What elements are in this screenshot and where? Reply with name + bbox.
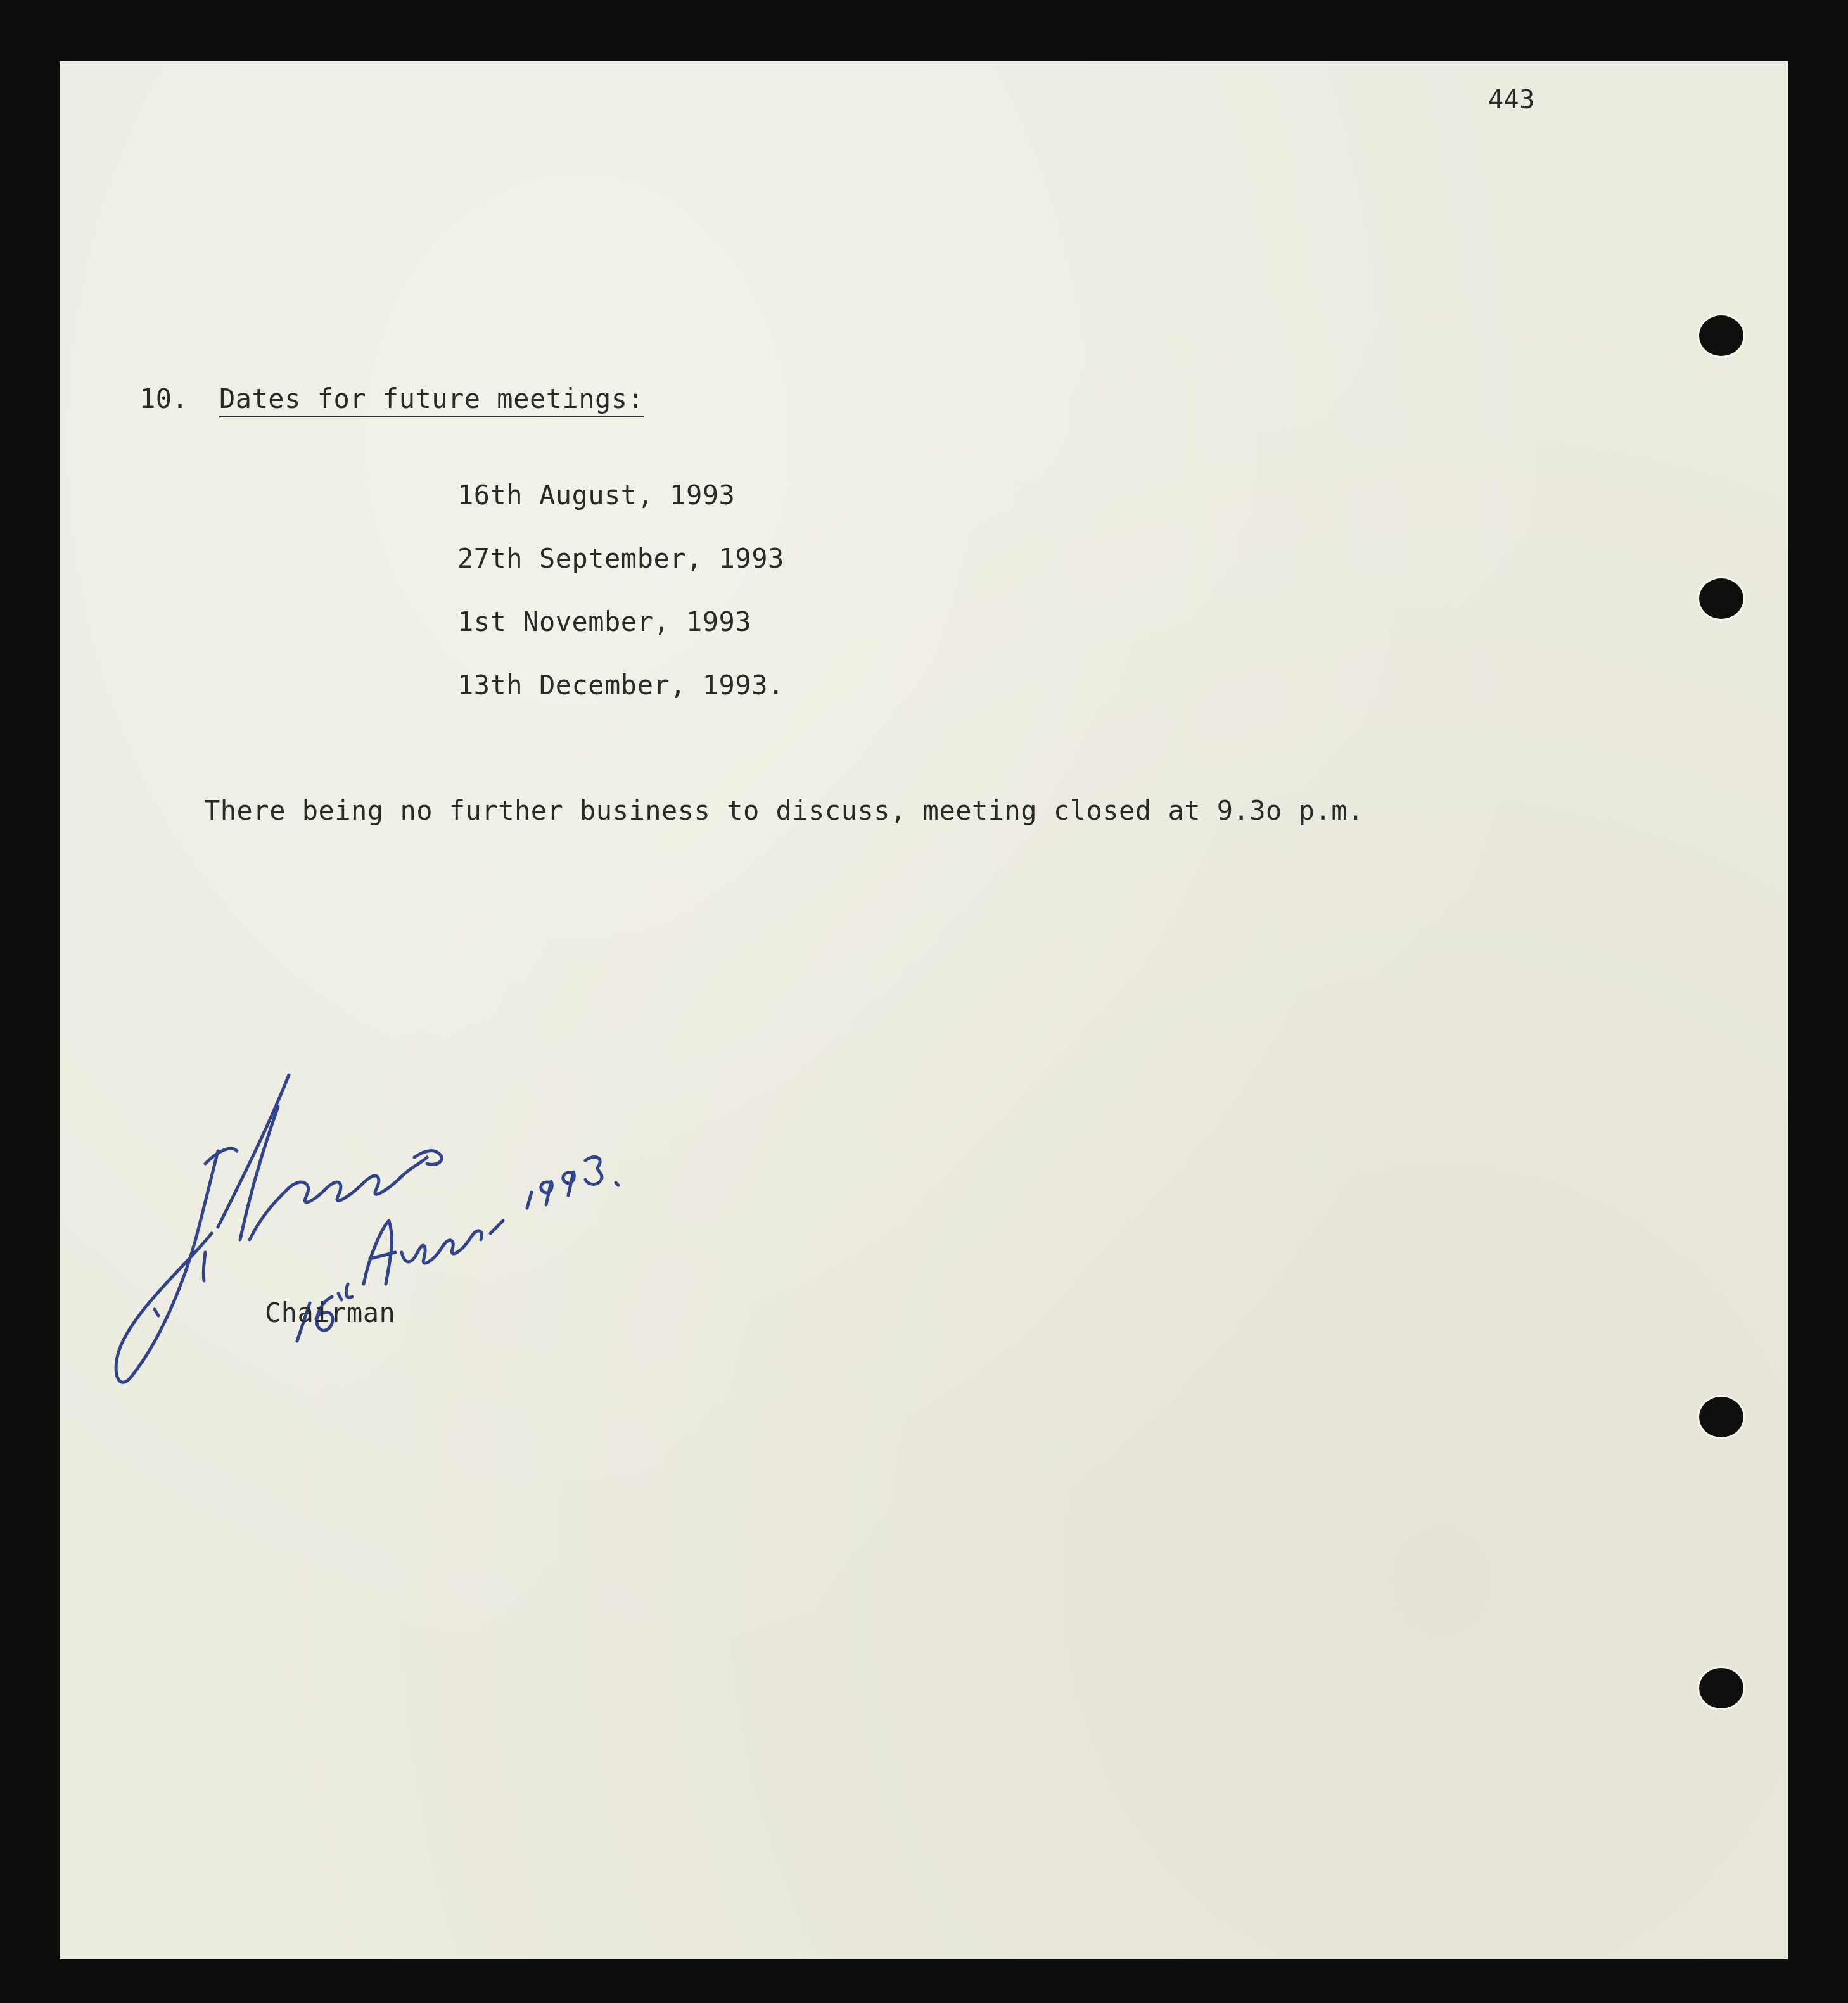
punch-hole-4 bbox=[1699, 1668, 1743, 1708]
section-number: 10. bbox=[139, 383, 188, 414]
meeting-date-1: 16th August, 1993 bbox=[457, 480, 735, 511]
meeting-date-4: 13th December, 1993. bbox=[457, 670, 784, 701]
document-page: 443 10. Dates for future meetings: 16th … bbox=[60, 61, 1788, 1959]
punch-hole-3 bbox=[1699, 1397, 1743, 1437]
closing-statement: There being no further business to discu… bbox=[204, 795, 1364, 826]
punch-hole-2 bbox=[1699, 578, 1743, 619]
punch-hole-1 bbox=[1699, 315, 1743, 356]
meeting-date-2: 27th September, 1993 bbox=[457, 543, 784, 574]
page-number: 443 bbox=[1488, 86, 1535, 115]
meeting-date-3: 1st November, 1993 bbox=[457, 606, 751, 637]
chairman-label: Chairman bbox=[265, 1297, 395, 1328]
section-heading: Dates for future meetings: bbox=[219, 383, 644, 417]
signature-ink bbox=[60, 61, 1788, 1959]
